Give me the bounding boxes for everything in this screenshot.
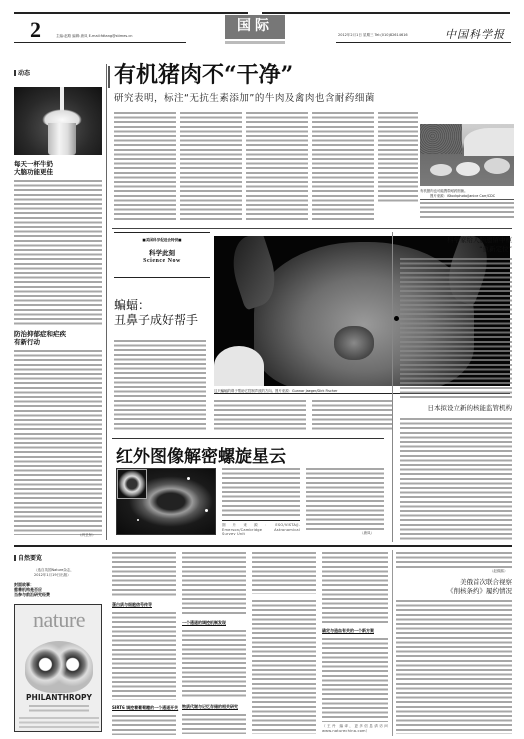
barn-roof (464, 128, 514, 156)
lead-body-col1 (114, 112, 176, 220)
science-now-title-en: Science Now (114, 258, 210, 264)
nebula-body-col1 (222, 468, 300, 516)
nature-subhead-1: 蛋白质与细胞信号传导 (112, 602, 152, 608)
top-rule-right (262, 12, 510, 14)
bottom-vertical-divider (392, 550, 393, 736)
treaty-headline-line1: 美俄首次联合视察 (396, 578, 512, 587)
cover-story-block: 封面故事： 慈善机构是否应 当参与前沿研究经费 (14, 582, 50, 598)
milk-headline-line1: 每天一杯牛奶 (14, 160, 53, 168)
milk-body-text (14, 180, 102, 325)
bat-nose (334, 326, 374, 360)
nature-subhead-4: 物质代谢与记忆存储的相关研究 (182, 704, 238, 710)
section-tab-international: 国际 (225, 15, 285, 39)
header-left-meta: 主编:赵路 编辑:唐凤 E-mail:fdtang@stimes.cn (56, 34, 132, 39)
treaty-body-text (396, 600, 512, 734)
pigs-caption-rule (420, 199, 514, 200)
brain-headline-line2: “重新定位” (390, 245, 512, 254)
lead-body-col4 (312, 112, 374, 220)
cover-story-line2: 当参与前沿研究经费 (14, 592, 50, 597)
masthead-logo: 中国科学报 (445, 26, 505, 42)
left-column-divider (106, 64, 107, 540)
nature-intro-col1 (112, 552, 176, 598)
nature-cover-title: nature (15, 607, 102, 633)
nebula-credit: 图片来源：ESO/VISTA/J. Emerson/Cambridge Astr… (222, 523, 300, 535)
nebula-photo (116, 468, 216, 535)
nature-issue-line2: 2012年1月19日出版） (34, 573, 71, 578)
lead-story-marker (108, 66, 110, 88)
lead-body-col5 (378, 112, 418, 202)
science-now-top-rule (114, 232, 210, 233)
brain-headline-line1: 科学家给人脑遗留中枢 (390, 236, 512, 245)
nebula-inset (117, 469, 147, 499)
nature-col1-body2 (112, 715, 176, 735)
section-tab-underbar (225, 41, 285, 44)
star-3 (137, 519, 139, 521)
bottom-right-top-text (396, 552, 512, 570)
nature-col4-body (322, 638, 388, 722)
science-now-box: ■美国科学促进会特供■ 科学此刻 Science Now (114, 232, 210, 280)
nature-section-label-text: 自然要览 (18, 555, 42, 562)
treaty-headline: 美俄首次联合视察 《削核条约》履约情况 (396, 578, 512, 595)
bacteria-inset (420, 124, 462, 154)
science-now-sponsor: ■美国科学促进会特供■ (114, 238, 210, 243)
vertical-divider-right (392, 232, 393, 542)
nature-col4-intro (322, 552, 388, 624)
star-1 (187, 477, 190, 480)
bat-headline: 蝙蝠： 丑鼻子成好帮手 (114, 298, 198, 328)
nature-cover-blurb (29, 705, 89, 713)
brain-headline: 科学家给人脑遗留中枢 “重新定位” (390, 236, 512, 253)
lead-subheadline: 研究表明，标注“无抗生素添加”的牛肉及禽肉也含耐药细菌 (114, 90, 375, 104)
pig-2 (456, 162, 480, 176)
pigs-aside-text (420, 202, 514, 220)
bat-eye (394, 316, 399, 321)
japan-headline: 日本拟设立新的核能监管机构 (390, 404, 512, 413)
disease-headline: 防治抑郁症和疟疾 有新行动 (14, 330, 66, 346)
nature-section-label: 自然要览 (14, 553, 42, 562)
disease-headline-line1: 防治抑郁症和疟疾 (14, 330, 66, 338)
pigs-caption-line2: 图片来源：iStockphoto/Janice Carr/CDC (430, 193, 514, 198)
bat-headline-line2: 丑鼻子成好帮手 (114, 313, 198, 328)
page-number: 2 (30, 17, 41, 43)
nature-col2-intro (182, 552, 246, 614)
science-now-title-cn: 科学此刻 (114, 248, 210, 257)
nebula-headline: 红外图像解密螺旋星云 (116, 442, 286, 467)
nature-cover-footer (19, 717, 99, 729)
bat-body-col1 (114, 340, 206, 430)
nebula-sign: （唐凤） (360, 531, 374, 536)
header-right-meta: 2012年2月1日 星期三 Tel:(010)82614616 (338, 33, 408, 38)
bat-body-col2 (214, 400, 306, 430)
left-column-label-text: 动态 (18, 70, 30, 77)
brain-body-text (400, 258, 512, 398)
milk-headline-line2: 大脑功能更佳 (14, 168, 53, 176)
disease-body-text (14, 350, 102, 535)
bat-story-bottom-rule (112, 438, 384, 439)
bottom-section-rule (14, 545, 512, 547)
disease-sign: （冯卫东） (78, 533, 96, 538)
milk-photo (14, 87, 102, 155)
treaty-headline-line2: 《削核条约》履约情况 (396, 587, 512, 596)
nature-col2-body (182, 630, 246, 698)
lead-story-bottom-rule (112, 228, 512, 229)
nebula-body-col2 (306, 468, 384, 530)
pig-1 (430, 164, 452, 176)
lead-headline: 有机猪肉不“干净” (114, 58, 293, 89)
nature-col1-body (112, 612, 176, 700)
nature-col2-body2 (182, 714, 246, 734)
nature-cover-word: PHILANTHROPY (15, 693, 102, 702)
left-column-label: 动态 (14, 68, 30, 77)
nature-col3-body (252, 600, 316, 734)
science-now-bottom-rule (114, 277, 210, 278)
nature-cover: nature PHILANTHROPY (14, 604, 102, 732)
star-2 (205, 509, 208, 512)
japan-body-text (400, 418, 512, 542)
milk-headline: 每天一杯牛奶 大脑功能更佳 (14, 160, 53, 176)
header-underline-right (336, 42, 511, 43)
nebula-credit-rule (222, 520, 300, 521)
bottom-right-top-sign: （赵熙熙） (490, 569, 508, 574)
milk-glass (48, 123, 76, 155)
nature-col3-intro (252, 552, 316, 594)
nature-subhead-5: 确定与造血有关的一个新方案 (322, 628, 374, 634)
nature-subhead-3: 一个通道的调控机制发现 (182, 620, 226, 626)
disease-headline-line2: 有新行动 (14, 338, 66, 346)
lead-body-col2 (180, 112, 242, 220)
bat-hand (214, 346, 264, 386)
top-rule (14, 12, 248, 14)
lead-body-col3 (246, 112, 308, 220)
nature-section-sign: （王丹 编译，更多信息请访问www.naturechina.com） (322, 724, 388, 736)
pig-3 (484, 158, 510, 174)
header-underline-left (14, 42, 186, 43)
nature-subhead-2: SIRT6 调控着葡萄糖的一个通道开关 (112, 705, 178, 711)
bat-headline-line1: 蝙蝠： (114, 298, 198, 313)
bat-body-col3 (312, 400, 392, 430)
butterfly-art (25, 641, 93, 693)
pigs-photo (420, 124, 514, 186)
